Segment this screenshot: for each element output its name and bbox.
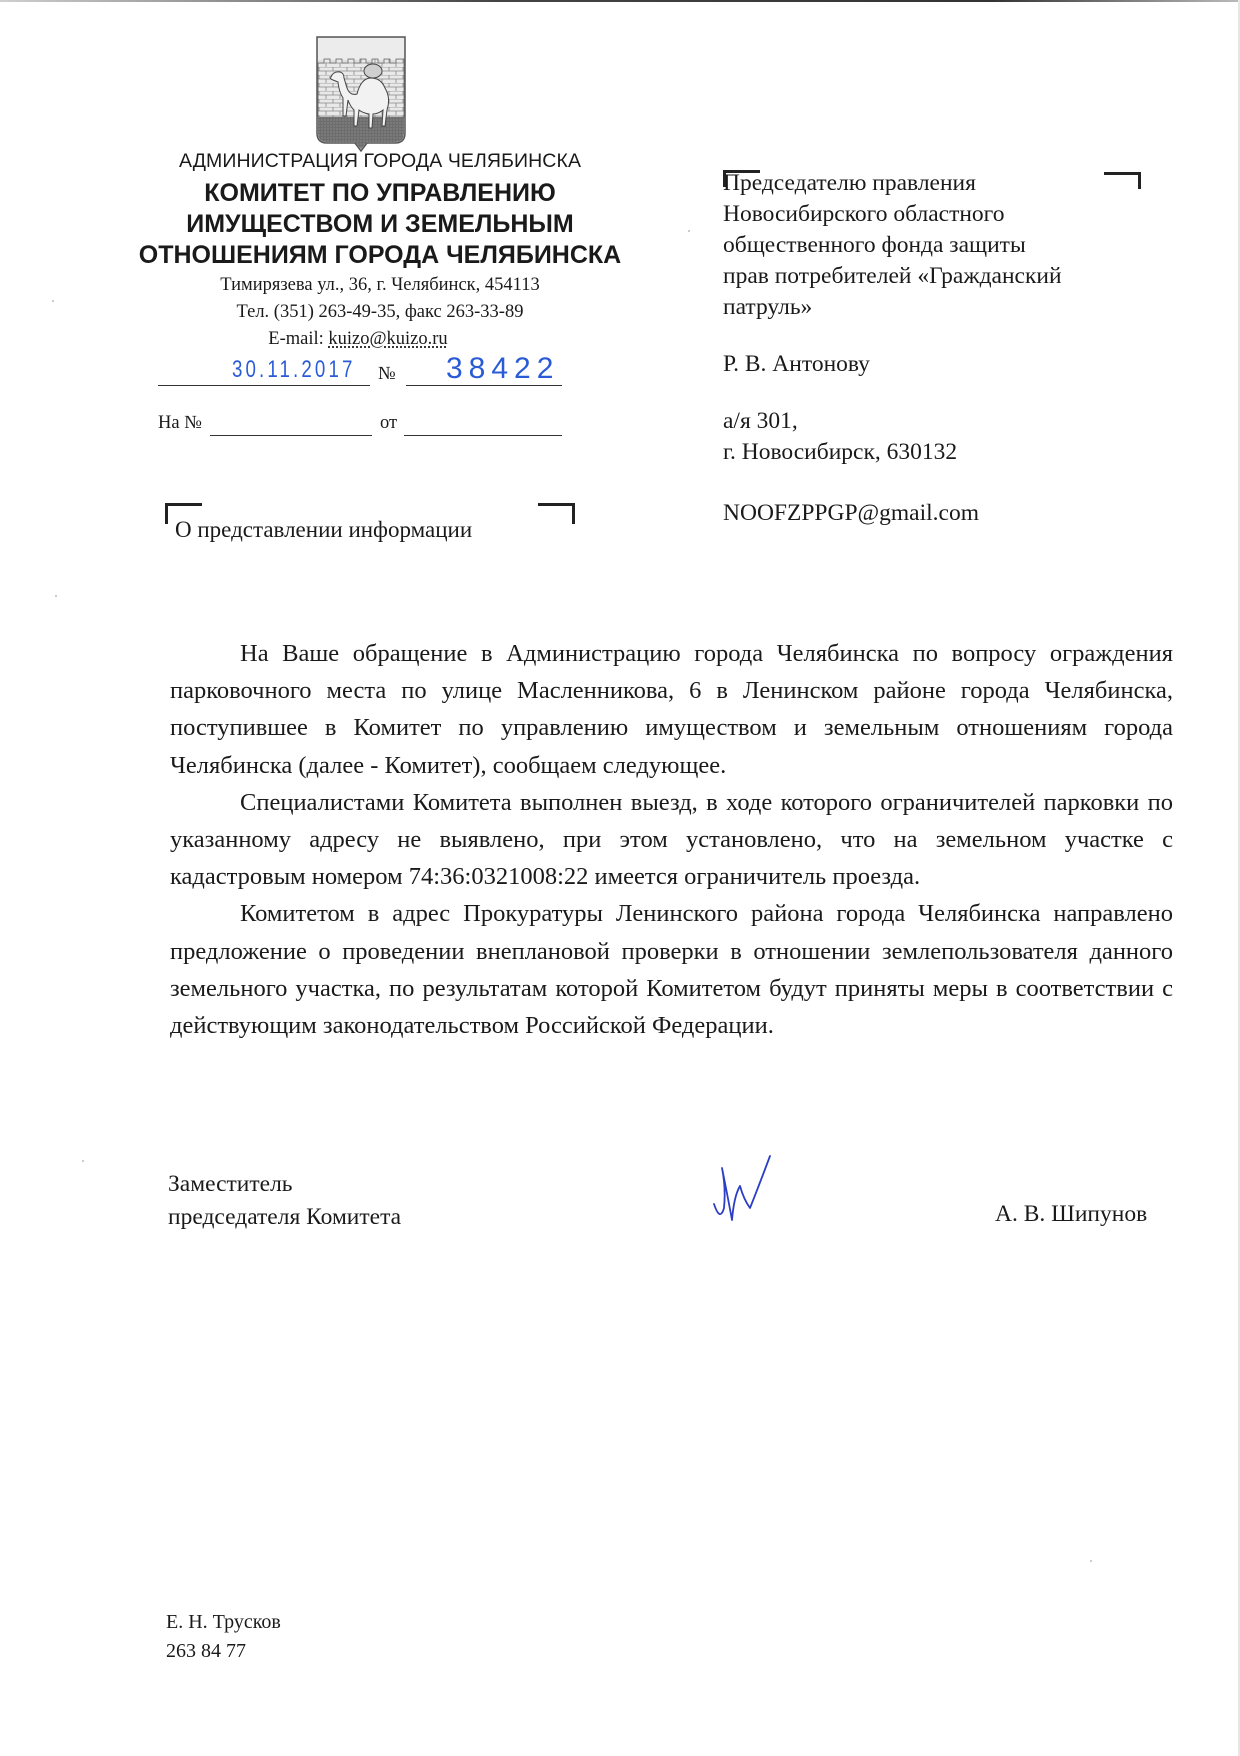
sender-contacts: Тимирязева ул., 36, г. Челябинск, 454113…: [160, 272, 600, 353]
registration-number-stamp: 38422: [446, 352, 559, 386]
reference-number-blank: [210, 435, 372, 436]
committee-line: ИМУЩЕСТВОМ И ЗЕМЕЛЬНЫМ: [110, 209, 650, 240]
registration-date-stamp: 30.11.2017: [232, 356, 356, 384]
recipient-name: Р. В. Антонову: [723, 349, 1143, 380]
committee-line: КОМИТЕТ ПО УПРАВЛЕНИЮ: [110, 178, 650, 209]
sender-address: Тимирязева ул., 36, г. Челябинск, 454113: [160, 272, 600, 299]
signatory-position: Заместитель председателя Комитета: [168, 1168, 401, 1234]
subject-block: О представлении информации: [165, 503, 575, 548]
scan-speck: [1090, 1560, 1092, 1562]
reference-number-label: На №: [158, 413, 202, 434]
letter-subject: О представлении информации: [175, 517, 472, 543]
recipient-line: Председателю правления: [723, 168, 1143, 199]
letter-body: На Ваше обращение в Администрацию города…: [170, 635, 1173, 1044]
sender-email-row: E-mail: kuizo@kuizo.ru: [160, 326, 600, 353]
bracket-corner-icon: [538, 503, 575, 524]
recipient-line: общественного фонда защиты: [723, 230, 1143, 261]
registration-row: 30.11.2017 № 38422: [158, 352, 562, 392]
sender-email-link[interactable]: kuizo@kuizo.ru: [328, 329, 447, 349]
recipient-line: прав потребителей «Гражданский: [723, 261, 1143, 292]
committee-line: ОТНОШЕНИЯМ ГОРОДА ЧЕЛЯБИНСКА: [110, 240, 650, 271]
reference-row: На № от: [158, 413, 562, 443]
scan-speck: [688, 230, 690, 232]
body-paragraph: На Ваше обращение в Администрацию города…: [170, 635, 1173, 784]
recipient-po-box: а/я 301,: [723, 406, 1143, 437]
recipient-city: г. Новосибирск, 630132: [723, 437, 1143, 468]
signatory-position-line: председателя Комитета: [168, 1201, 401, 1234]
committee-name: КОМИТЕТ ПО УПРАВЛЕНИЮ ИМУЩЕСТВОМ И ЗЕМЕЛ…: [110, 178, 650, 271]
administration-name: АДМИНИСТРАЦИЯ ГОРОДА ЧЕЛЯБИНСКА: [120, 150, 640, 173]
reference-from-label: от: [380, 413, 397, 434]
executor-block: Е. Н. Трусков 263 84 77: [166, 1608, 281, 1666]
date-underline: [158, 385, 370, 386]
body-paragraph: Специалистами Комитета выполнен выезд, в…: [170, 784, 1173, 896]
registration-number-label: №: [378, 364, 396, 385]
executor-name: Е. Н. Трусков: [166, 1608, 281, 1637]
coat-of-arms-icon: [315, 35, 407, 153]
sender-email-label: E-mail:: [268, 329, 328, 349]
recipient-block: Председателю правления Новосибирского об…: [723, 168, 1143, 529]
recipient-line: Новосибирского областного: [723, 199, 1143, 230]
signatory-name: А. В. Шипунов: [995, 1201, 1147, 1228]
recipient-line: патруль»: [723, 292, 1143, 323]
scan-top-edge: [0, 0, 1240, 2]
reference-date-blank: [404, 435, 562, 436]
recipient-email[interactable]: NOOFZPPGP@gmail.com: [723, 498, 1143, 529]
sender-phone: Тел. (351) 263-49-35, факс 263-33-89: [160, 299, 600, 326]
scan-speck: [52, 300, 54, 302]
executor-phone: 263 84 77: [166, 1637, 281, 1666]
handwritten-signature-icon: [708, 1148, 808, 1228]
signatory-position-line: Заместитель: [168, 1168, 401, 1201]
scan-speck: [82, 1160, 84, 1162]
body-paragraph: Комитетом в адрес Прокуратуры Ленинского…: [170, 895, 1173, 1044]
scan-speck: [55, 595, 57, 597]
